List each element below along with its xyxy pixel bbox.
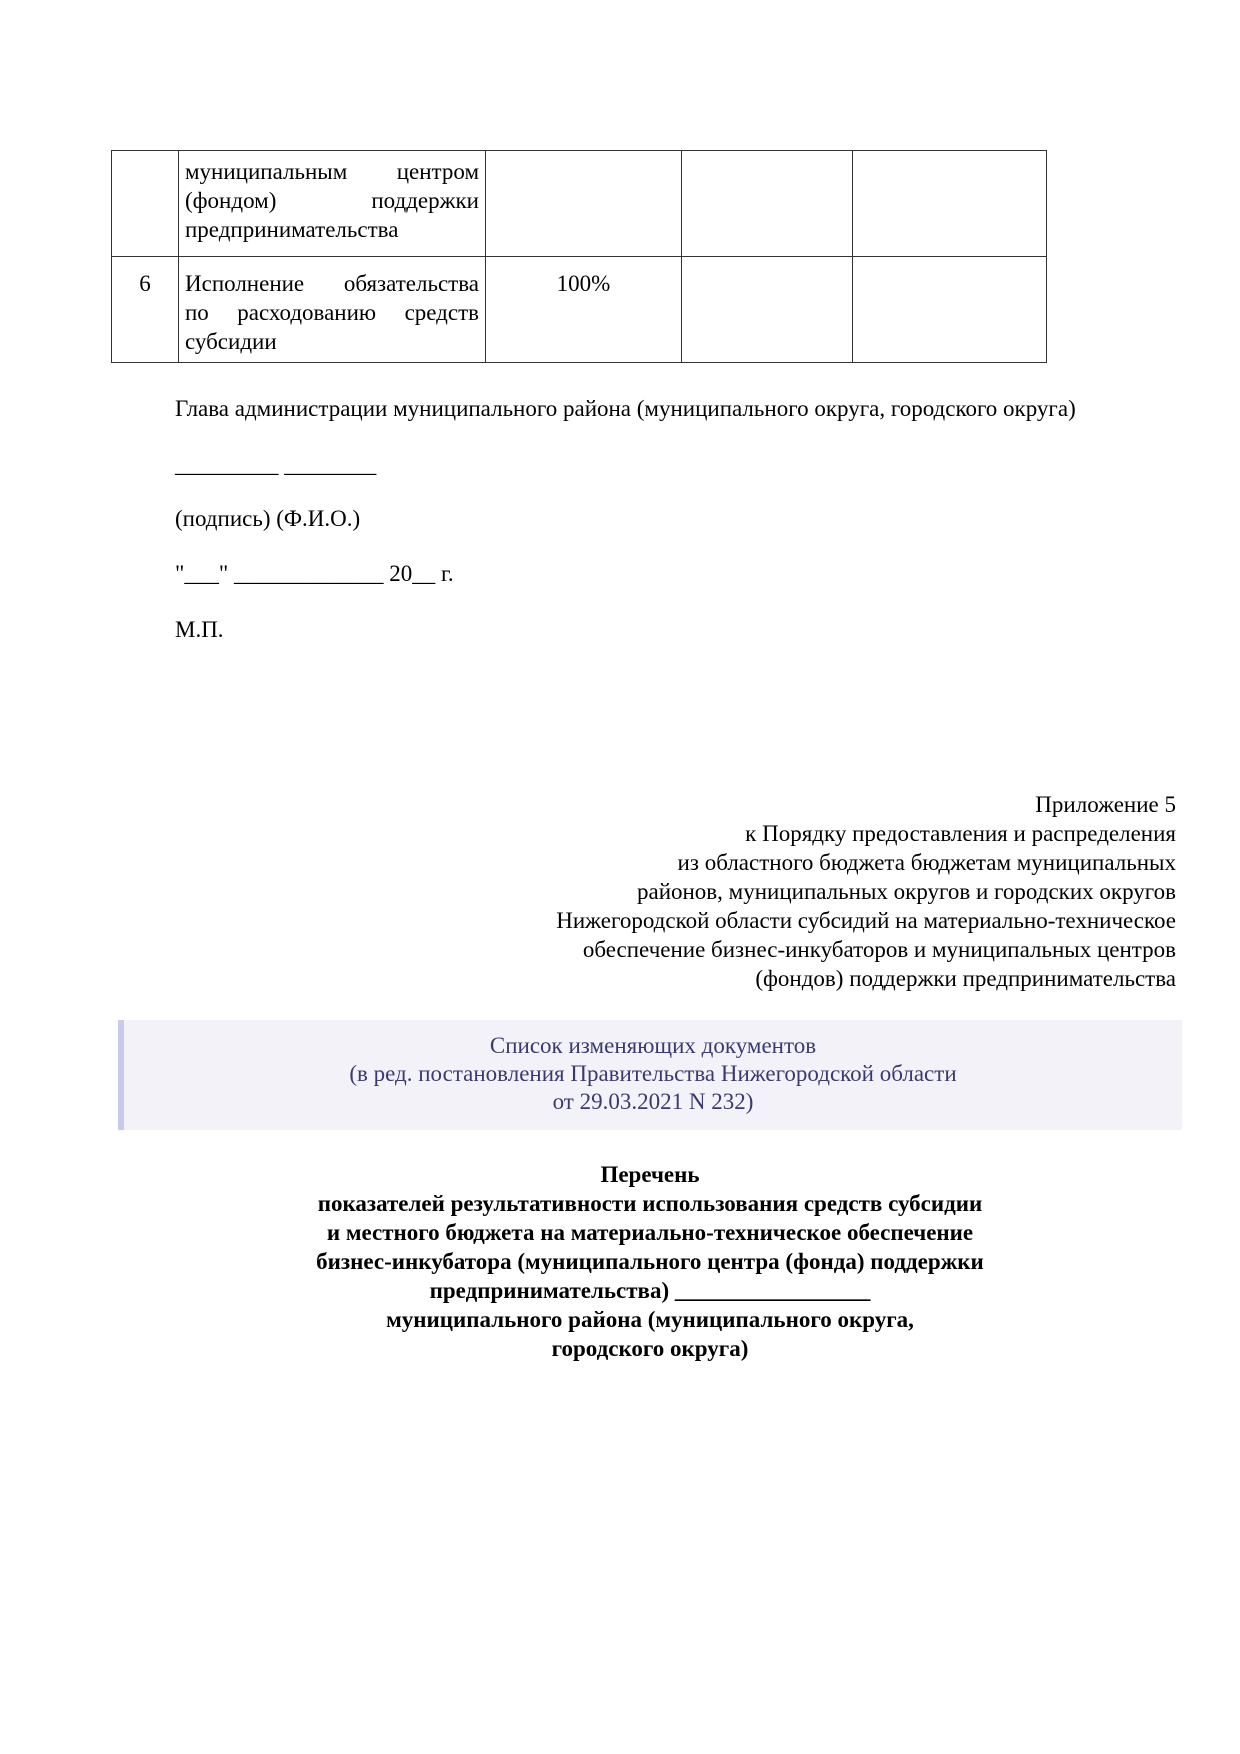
word: средств xyxy=(405,298,479,327)
line: предпринимательства xyxy=(185,215,479,244)
indicator-name: Исполнениеобязательства порасходованиюср… xyxy=(179,257,486,363)
indicator-value: 100% xyxy=(486,257,682,363)
signature-line: _________ ________ xyxy=(175,452,376,478)
title-line: Перечень xyxy=(200,1160,1100,1189)
word: муниципальным xyxy=(185,157,347,186)
signature-caption: (подпись) (Ф.И.О.) xyxy=(175,506,360,532)
appendix-line: Приложение 5 xyxy=(556,790,1176,819)
word: Исполнение xyxy=(185,269,304,298)
table-row: муниципальнымцентром (фондом)поддержки п… xyxy=(112,151,1047,257)
appendix-header: Приложение 5 к Порядку предоставления и … xyxy=(556,790,1176,993)
indicator-value xyxy=(486,151,682,257)
head-title: Глава администрации муниципального район… xyxy=(175,396,1076,422)
row-number: 6 xyxy=(112,257,179,363)
cell xyxy=(853,151,1047,257)
title-line: предпринимательства) _________________ xyxy=(200,1276,1100,1305)
word: по xyxy=(185,298,209,327)
indicator-name: муниципальнымцентром (фондом)поддержки п… xyxy=(179,151,486,257)
word: (фондом) xyxy=(185,186,276,215)
document-title: Перечень показателей результативности ис… xyxy=(200,1160,1100,1363)
title-line: и местного бюджета на материально-технич… xyxy=(200,1218,1100,1247)
line: субсидии xyxy=(185,327,479,356)
word: расходованию xyxy=(237,298,376,327)
word: поддержки xyxy=(371,186,479,215)
appendix-line: (фондов) поддержки предпринимательства xyxy=(556,964,1176,993)
stamp-label: М.П. xyxy=(175,617,224,643)
appendix-line: обеспечение бизнес-инкубаторов и муницип… xyxy=(556,935,1176,964)
changes-line[interactable]: (в ред. постановления Правительства Ниже… xyxy=(124,1060,1182,1088)
amending-documents-box: Список изменяющих документов (в ред. пос… xyxy=(118,1020,1182,1130)
changes-line: Список изменяющих документов xyxy=(124,1032,1182,1060)
date-line: "___" _____________ 20__ г. xyxy=(175,561,454,587)
word: обязательства xyxy=(344,269,479,298)
appendix-line: Нижегородской области субсидий на матери… xyxy=(556,906,1176,935)
appendix-line: из областного бюджета бюджетам муниципал… xyxy=(556,848,1176,877)
title-line: показателей результативности использован… xyxy=(200,1189,1100,1218)
appendix-line: к Порядку предоставления и распределения xyxy=(556,819,1176,848)
title-line: городского округа) xyxy=(200,1334,1100,1363)
row-number xyxy=(112,151,179,257)
cell xyxy=(682,257,853,363)
changes-line[interactable]: от 29.03.2021 N 232) xyxy=(124,1088,1182,1116)
table-row: 6 Исполнениеобязательства порасходованию… xyxy=(112,257,1047,363)
title-line: муниципального района (муниципального ок… xyxy=(200,1305,1100,1334)
appendix-line: районов, муниципальных округов и городск… xyxy=(556,877,1176,906)
cell xyxy=(853,257,1047,363)
title-line: бизнес-инкубатора (муниципального центра… xyxy=(200,1247,1100,1276)
cell xyxy=(682,151,853,257)
word: центром xyxy=(397,157,479,186)
indicators-table: муниципальнымцентром (фондом)поддержки п… xyxy=(111,150,1047,363)
